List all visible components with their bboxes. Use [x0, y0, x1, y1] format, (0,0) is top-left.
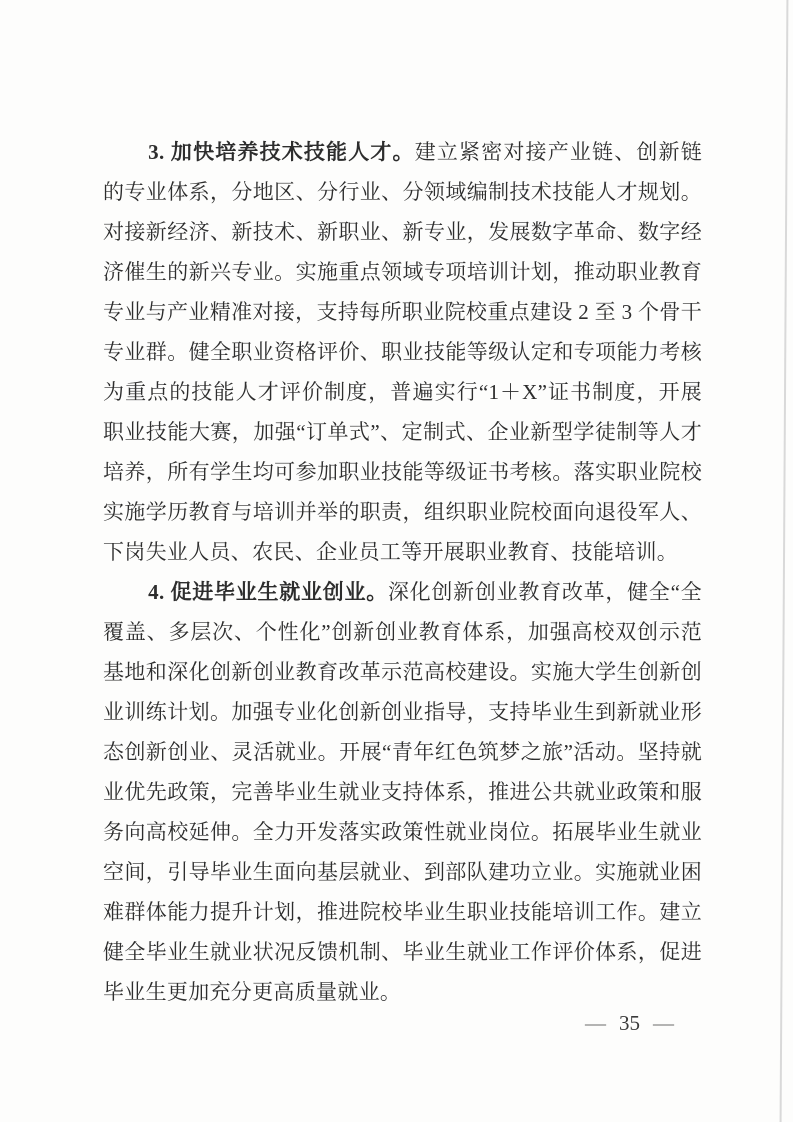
paragraph-3-heading: 3. 加快培养技术技能人才。 — [148, 140, 415, 164]
page-number-left-dash: — — [585, 1008, 606, 1038]
paragraph-3-body: 建立紧密对接产业链、创新链的专业体系，分地区、分行业、分领域编制技术技能人才规划… — [103, 140, 702, 564]
document-page: 3. 加快培养技术技能人才。建立紧密对接产业链、创新链的专业体系，分地区、分行业… — [0, 0, 793, 1122]
paragraph-4-heading: 4. 促进毕业生就业创业。 — [148, 580, 388, 604]
page-number-value: 35 — [619, 1008, 640, 1038]
document-body: 3. 加快培养技术技能人才。建立紧密对接产业链、创新链的专业体系，分地区、分行业… — [103, 132, 702, 1012]
page-number: — 35 — — [585, 1008, 674, 1038]
paragraph-3: 3. 加快培养技术技能人才。建立紧密对接产业链、创新链的专业体系，分地区、分行业… — [103, 132, 702, 572]
scan-edge-line — [780, 0, 789, 1122]
page-number-right-dash: — — [653, 1008, 674, 1038]
paragraph-4: 4. 促进毕业生就业创业。深化创新创业教育改革，健全“全覆盖、多层次、个性化”创… — [103, 572, 702, 1012]
paragraph-4-body: 深化创新创业教育改革，健全“全覆盖、多层次、个性化”创新创业教育体系，加强高校双… — [103, 580, 702, 1004]
